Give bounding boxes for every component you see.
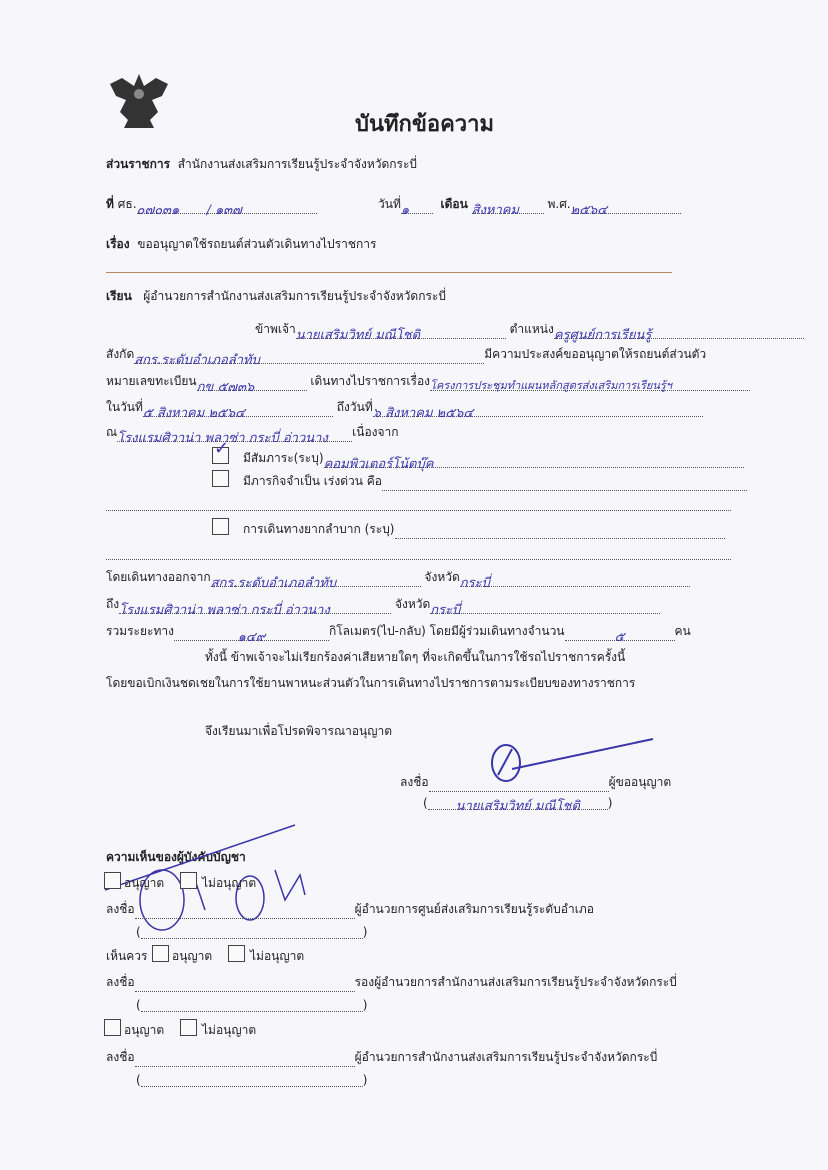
- memo-title: บันทึกข้อความ: [355, 106, 494, 141]
- distance-line: รวมระยะทาง๑๔๙กิโลเมตร(ไป-กลับ) โดยมีผู้ร…: [106, 622, 691, 641]
- level1-approve-label: อนุญาต: [124, 874, 164, 893]
- date-range-line: ในวันที่๕ สิงหาคม ๒๕๖๔ ถึงวันที่๖ สิงหาค…: [106, 398, 703, 417]
- level2-approve-checkbox[interactable]: [152, 945, 169, 962]
- closing-line: จึงเรียนมาเพื่อโปรดพิจารณาอนุญาต: [205, 722, 392, 741]
- level3-name-blank: (): [136, 1072, 367, 1087]
- reason-difficult: การเดินทางยากลำบาก (ระบุ): [243, 520, 725, 539]
- reimbursement-paragraph: โดยขอเบิกเงินชดเชยในการใช้ยานพาหนะส่วนตั…: [106, 674, 635, 693]
- plate-line: หมายเลขทะเบียนกข ๕๗๓๖ เดินทางไปราชการเรื…: [106, 372, 750, 391]
- level1-deny-checkbox[interactable]: [180, 872, 197, 889]
- level3-sign-line: ลงชื่อผู้อำนวยการสำนักงานส่งเสริมการเรีย…: [106, 1048, 657, 1067]
- document-number: ที่ ศธ.๐๗๐๓๑/ ๑๓๗: [106, 195, 317, 214]
- level3-approve-checkbox[interactable]: [104, 1019, 121, 1036]
- level2-deny-label: ไม่อนุญาต: [250, 947, 304, 966]
- document-date: วันที่๑ เดือน สิงหาคม พ.ศ.๒๕๖๔: [378, 195, 681, 214]
- reason-urgent: มีภารกิจจำเป็น เร่งด่วน คือ: [243, 472, 747, 491]
- applicant-name: (นายเสริมวิทย์ มณีโชติ): [423, 795, 612, 810]
- recommend-label: เห็นควร: [106, 947, 147, 966]
- level2-sign-line: ลงชื่อรองผู้อำนวยการสำนักงานส่งเสริมการเ…: [106, 973, 677, 992]
- applicant-line: ข้าพเจ้านายเสริมวิทย์ มณีโชติ ตำแหน่งครู…: [255, 320, 804, 339]
- level2-deny-checkbox[interactable]: [228, 945, 245, 962]
- location-line: ณโรงแรมศิวาน่า พลาซ่า กระบี่ อ่าวนางเนื่…: [106, 423, 399, 442]
- level1-sign-line: ลงชื่อผู้อำนวยการศูนย์ส่งเสริมการเรียนรู…: [106, 900, 594, 919]
- check-mark-icon: ✓: [214, 438, 229, 459]
- disclaimer-paragraph: ทั้งนี้ ข้าพเจ้าจะไม่เรียกร้องค่าเสียหาย…: [205, 648, 625, 667]
- reason-difficult-checkbox[interactable]: [212, 518, 229, 535]
- applicant-sign-line: ลงชื่อผู้ขออนุญาต: [400, 773, 671, 792]
- level1-name-blank: (): [136, 924, 367, 939]
- level3-deny-checkbox[interactable]: [180, 1019, 197, 1036]
- reason-urgent-checkbox[interactable]: [212, 470, 229, 487]
- level1-approve-checkbox[interactable]: [104, 872, 121, 889]
- blank-line: [106, 496, 731, 511]
- affiliation-line: สังกัดสกร.ระดับอำเภอลำทับมีความประสงค์ขอ…: [106, 345, 706, 364]
- department-line: ส่วนราชการ สำนักงานส่งเสริมการเรียนรู้ปร…: [106, 155, 417, 174]
- header-divider: [106, 272, 672, 273]
- level3-deny-label: ไม่อนุญาต: [202, 1021, 256, 1040]
- destination-line: ถึงโรงแรมศิวาน่า พลาซ่า กระบี่ อ่าวนาง จ…: [106, 595, 660, 614]
- addressee-line: เรียน ผู้อำนวยการสำนักงานส่งเสริมการเรีย…: [106, 287, 446, 306]
- level3-approve-label: อนุญาต: [124, 1021, 164, 1040]
- level1-deny-label: ไม่อนุญาต: [202, 874, 256, 893]
- blank-line: [106, 545, 731, 560]
- level2-name-blank: (): [136, 997, 367, 1012]
- garuda-emblem-icon: [106, 70, 172, 132]
- subject-line: เรื่อง ขออนุญาตใช้รถยนต์ส่วนตัวเดินทางไป…: [106, 235, 376, 254]
- level2-approve-label: อนุญาต: [172, 947, 212, 966]
- departure-line: โดยเดินทางออกจากสกร.ระดับอำเภอลำทับ จังห…: [106, 568, 690, 587]
- reason-luggage: มีสัมภาระ(ระบุ)คอมพิวเตอร์โน้ตบุ๊ค: [243, 449, 744, 468]
